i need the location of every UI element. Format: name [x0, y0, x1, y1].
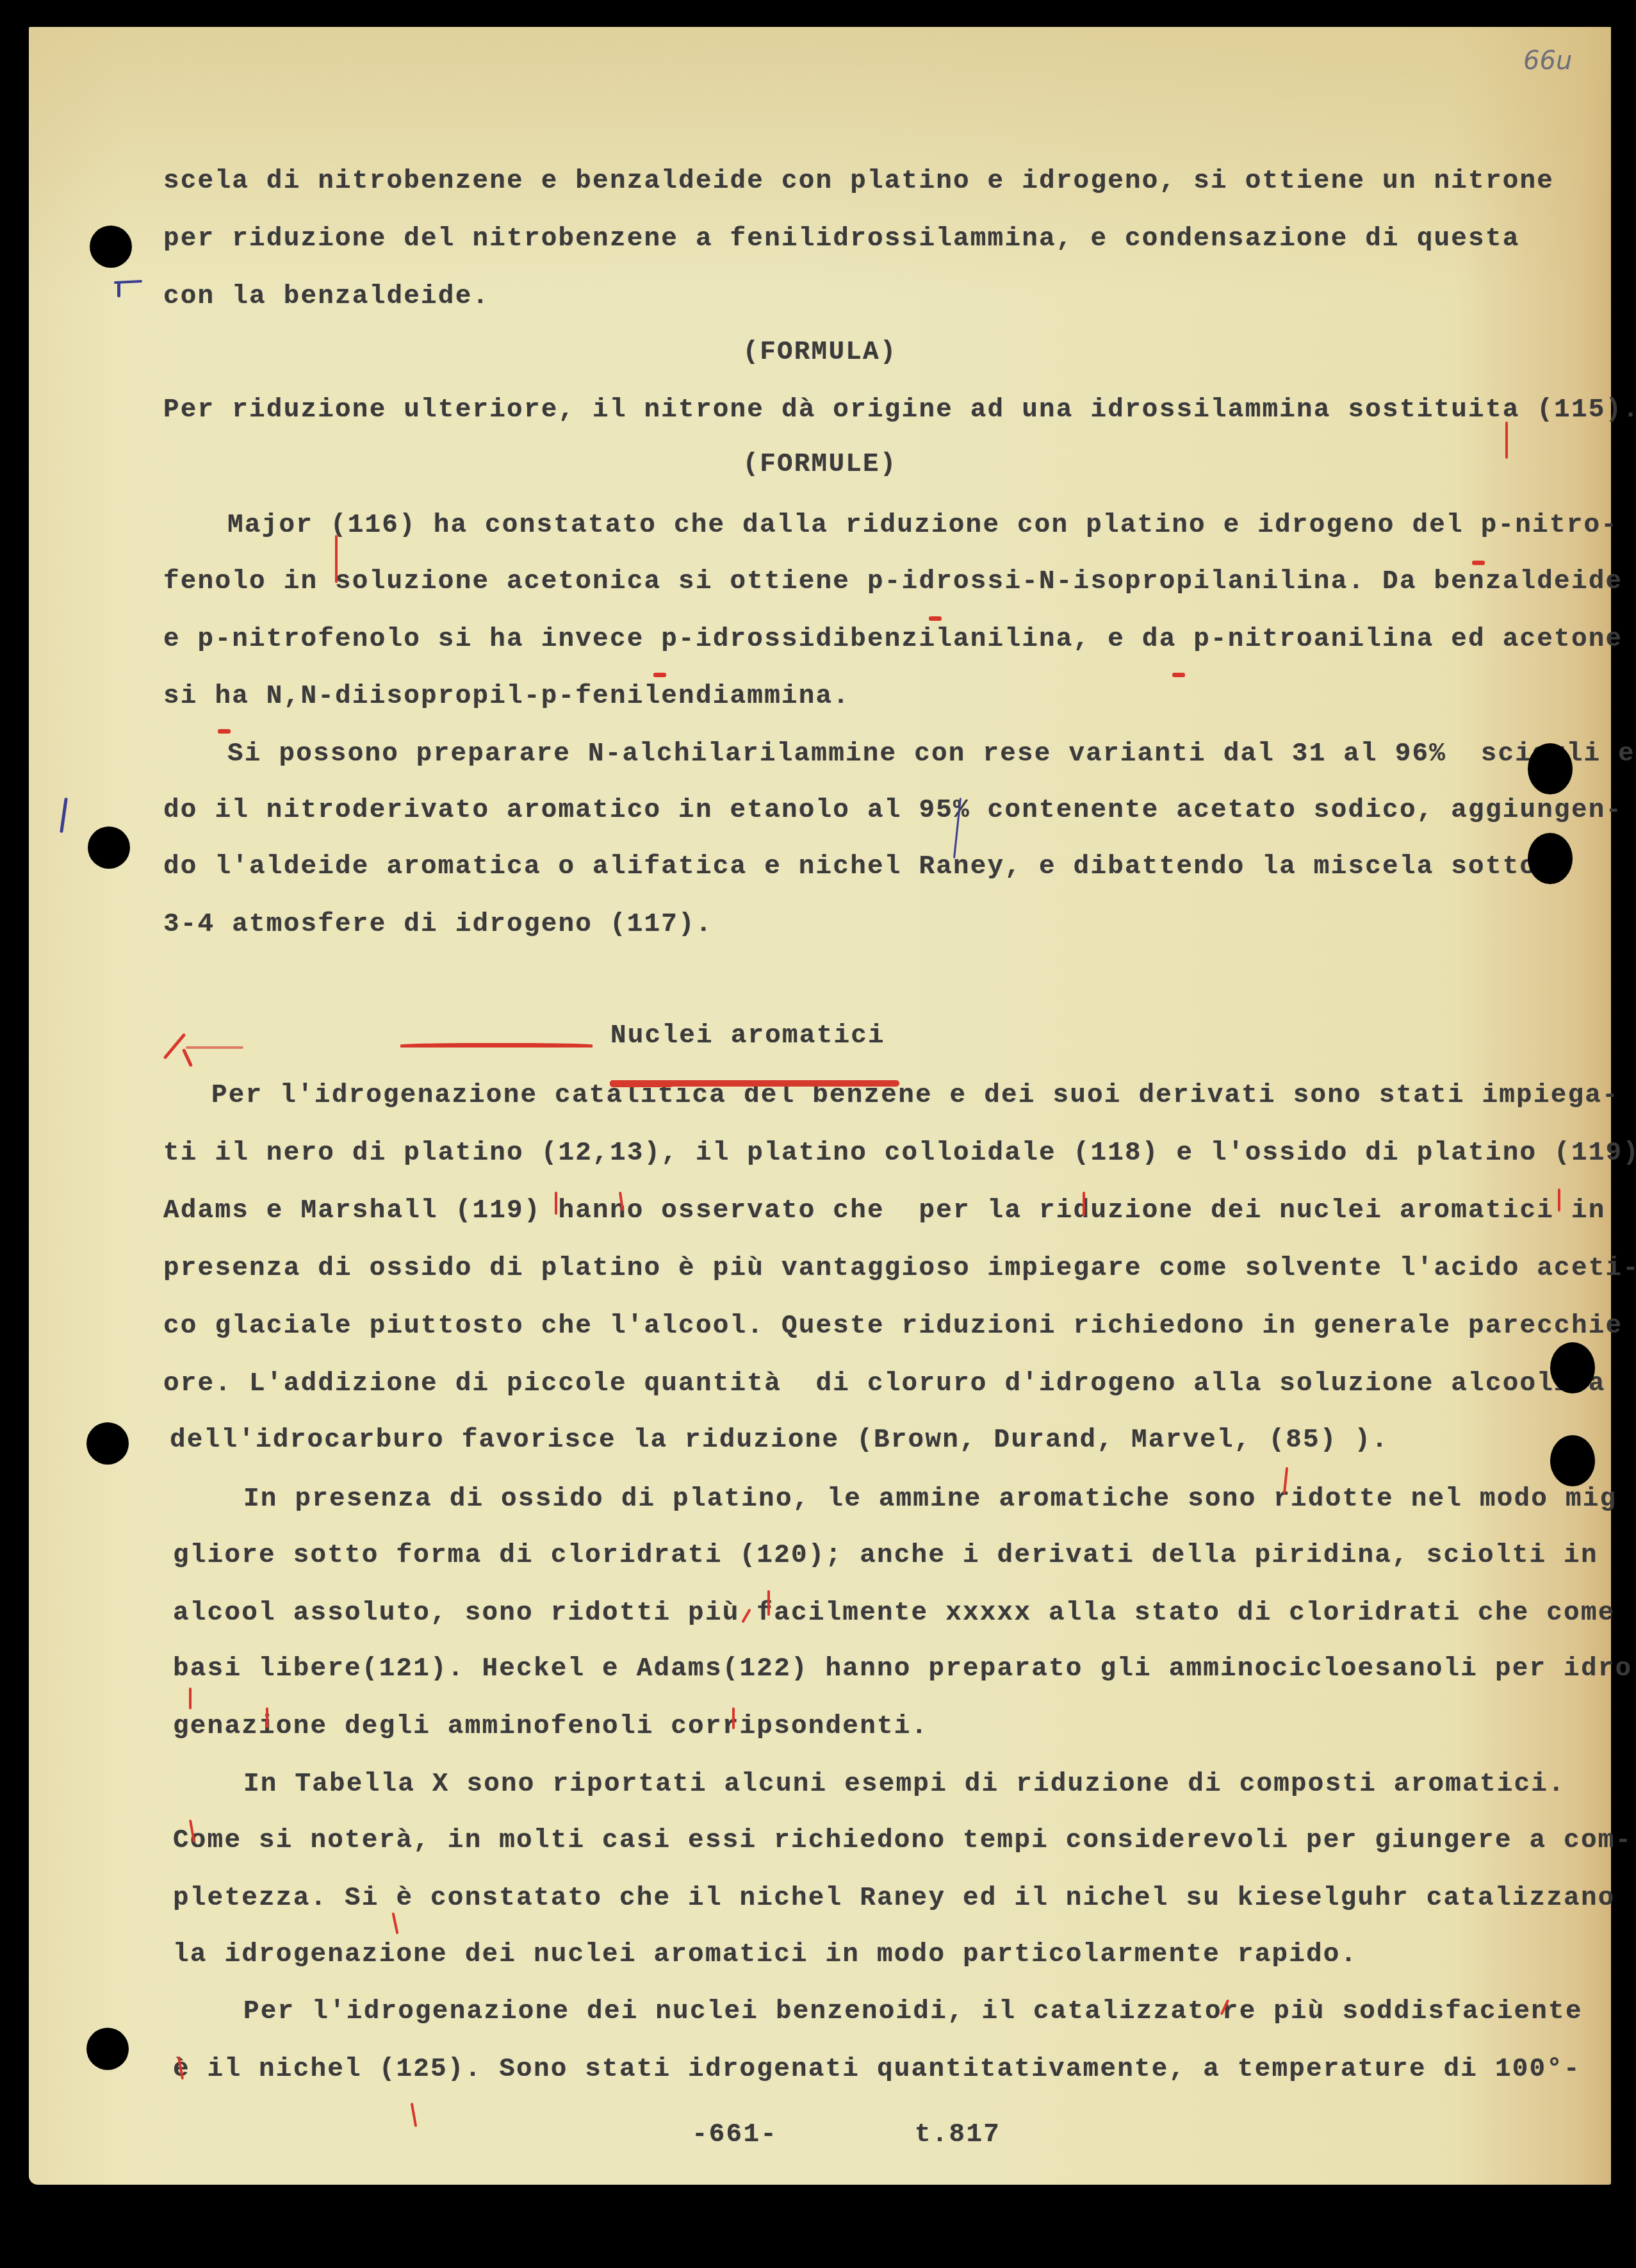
punch-hole	[90, 226, 132, 268]
red-arrow-shaft	[186, 1046, 243, 1049]
text-line: ti il nero di platino (12,13), il platin…	[163, 1140, 1636, 1167]
text-line: In Tabella X sono riportati alcuni esemp…	[243, 1771, 1566, 1798]
text-line: Per riduzione ulteriore, il nitrone dà o…	[163, 397, 1636, 423]
punch-hole	[1550, 1342, 1595, 1393]
footer-sheet-code: t.817	[915, 2122, 1001, 2148]
red-underline-p	[1472, 561, 1485, 565]
punch-hole	[1528, 743, 1573, 794]
red-correction-mark	[1558, 1188, 1560, 1212]
text-line: Adams e Marshall (119) hanno osservato c…	[163, 1198, 1606, 1224]
text-line: è il nichel (125). Sono stati idrogenati…	[173, 2057, 1581, 2083]
text-line: gliore sotto forma di cloridrati (120); …	[173, 1543, 1598, 1569]
footer-page-number: -661-	[692, 2122, 778, 2148]
red-correction-mark	[1083, 1192, 1085, 1216]
text-line: fenolo in soluzione acetonica si ottiene…	[163, 569, 1623, 595]
text-line: Major (116) ha constatato che dalla ridu…	[227, 513, 1618, 539]
text-line: Per l'idrogenazione catalitica del benze…	[211, 1083, 1619, 1109]
heading-red-underline	[610, 1080, 899, 1087]
red-underline-p	[929, 616, 942, 621]
text-line: ore. L'addizione di piccole quantità di …	[163, 1371, 1606, 1397]
text-line: con la benzaldeide.	[163, 284, 489, 310]
red-underline-p	[218, 729, 231, 734]
section-heading: Nuclei aromatici	[610, 1023, 885, 1049]
formula-placeholder: (FORMULE)	[29, 452, 1611, 478]
punch-hole	[86, 1422, 129, 1465]
red-underline-p	[1172, 673, 1185, 677]
text-line: scela di nitrobenzene e benzaldeide con …	[163, 168, 1554, 195]
red-arrow-curve	[400, 1043, 593, 1048]
red-correction-mark	[732, 1707, 735, 1729]
text-line: genazione degli amminofenoli corripsonde…	[173, 1714, 928, 1740]
red-correction-mark	[1505, 422, 1508, 459]
red-correction-mark	[555, 1192, 557, 1215]
punch-hole	[1550, 1435, 1595, 1486]
formula-placeholder: (FORMULA)	[29, 340, 1611, 366]
text-line: basi libere(121). Heckel e Adams(122) ha…	[173, 1656, 1636, 1682]
red-correction-mark	[767, 1590, 770, 1616]
red-correction-mark	[189, 1688, 192, 1709]
text-line: presenza di ossido di platino è più vant…	[163, 1256, 1636, 1282]
handwritten-page-number: 66u	[1523, 46, 1572, 76]
paper-aging-shade	[29, 27, 1611, 296]
text-line: co glaciale piuttosto che l'alcool. Ques…	[163, 1313, 1623, 1340]
text-line: e p-nitrofenolo si ha invece p-idrossidi…	[163, 627, 1623, 653]
text-line: per riduzione del nitrobenzene a fenilid…	[163, 226, 1520, 252]
margin-bracket-mark	[117, 282, 120, 297]
text-line: alcool assoluto, sono ridotti più facilm…	[173, 1600, 1616, 1627]
red-correction-mark	[266, 1707, 268, 1728]
text-line: In presenza di ossido di platino, le amm…	[243, 1486, 1617, 1513]
text-line: Per l'idrogenazione dei nuclei benzenoid…	[243, 1999, 1583, 2025]
red-underline-p	[653, 673, 666, 677]
punch-hole	[1528, 833, 1573, 884]
text-line: do l'aldeide aromatica o alifatica e nic…	[163, 854, 1537, 880]
text-line: Si possono preparare N-alchilarilammine …	[227, 741, 1636, 768]
punch-hole	[86, 2028, 129, 2070]
text-line: la idrogenazione dei nuclei aromatici in…	[173, 1942, 1357, 1968]
punch-hole	[88, 826, 130, 869]
text-line: Come si noterà, in molti casi essi richi…	[173, 1828, 1632, 1854]
red-correction-mark	[335, 535, 338, 583]
text-line: pletezza. Si è constatato che il nichel …	[173, 1886, 1616, 1912]
text-line: 3-4 atmosfere di idrogeno (117).	[163, 912, 713, 938]
text-line: do il nitroderivato aromatico in etanolo…	[163, 798, 1623, 824]
text-line: si ha N,N-diisopropil-p-fenilendiammina.	[163, 684, 850, 710]
text-line: dell'idrocarburo favorisce la riduzione …	[170, 1427, 1389, 1454]
